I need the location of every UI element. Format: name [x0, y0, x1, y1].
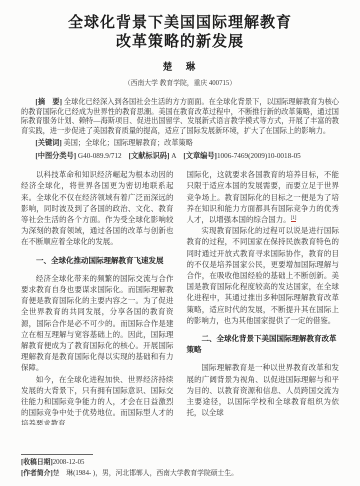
author-bio-line: [作者简介]楚 琳(1984- )，男，河北邯郸人，西南大学教育学院硕士生。 — [21, 469, 339, 480]
right-paragraph-1: 国际化，这就要求各国教育的培养目标，不能只限于适应本国的发展需要，而要立足于世界… — [187, 169, 340, 225]
footnote-block: [收稿日期]2008-12-05 [作者简介]楚 琳(1984- )，男，河北邯… — [21, 454, 339, 480]
paper-title-line1: 全球化背景下美国国际理解教育 — [21, 14, 339, 33]
clc-value: G40-089.9/712 — [78, 152, 122, 160]
article-id-label: [文章编号] — [183, 152, 217, 160]
author-bio-label: [作者简介] — [21, 470, 53, 477]
clc-label: [中图分类号] — [35, 152, 78, 160]
classification-line: [中图分类号] G40-089.9/712[文献标识码] A[文章编号]1006… — [21, 152, 339, 162]
left-paragraph-1: 以科技革命和知识经济崛起为根本动因的经济全球化，将世界各国更为密切地联系起来。全… — [21, 169, 174, 247]
paper-page: 全球化背景下美国国际理解教育 改革策略的新发展 楚 琳 （西南大学 教育学院，重… — [0, 0, 360, 486]
paper-title: 全球化背景下美国国际理解教育 改革策略的新发展 — [21, 14, 339, 52]
received-date-label: [收稿日期] — [21, 459, 53, 466]
paper-title-line2: 改革策略的新发展 — [21, 33, 339, 52]
abstract-text: 全球化已经深入到各国社会生活的方方面面。在全球化背景下，以国际理解教育为核心的教… — [21, 98, 339, 135]
article-id-value: 1006-7469(2009)10-0018-05 — [217, 152, 301, 160]
right-column: 国际化，这就要求各国教育的培养目标，不能只限于适应本国的发展需要，而要立足于世界… — [187, 169, 340, 425]
abstract: [摘 要] 全球化已经深入到各国社会生活的方方面面。在全球化背景下，以国际理解教… — [21, 98, 339, 137]
right-paragraph-3: 国际理解教育是一种以世界教育改革和发展的广阔背景为视角、以促进国际理解与和平为目… — [187, 362, 340, 418]
doc-code-label: [文献标识码] — [129, 152, 172, 160]
author-name: 楚 琳 — [21, 59, 339, 73]
doc-code-value: A — [171, 152, 176, 160]
left-paragraph-2: 经济全球化带来的频繁的国际交流与合作要求教育自身也要谋求国际化。而国际理解教育便… — [21, 273, 174, 374]
citation-ref-1: [1] — [291, 216, 297, 223]
author-affiliation: （西南大学 教育学院，重庆 400715） — [21, 77, 339, 87]
received-date-line: [收稿日期]2008-12-05 — [21, 458, 339, 469]
keywords-label: [关键词] — [35, 139, 63, 147]
front-matter: [摘 要] 全球化已经深入到各国社会生活的方方面面。在全球化背景下，以国际理解教… — [21, 98, 339, 161]
body-columns: 以科技革命和知识经济崛起为根本动因的经济全球化，将世界各国更为密切地联系起来。全… — [21, 169, 339, 425]
keywords: [关键词] 美国；全球化；国际理解教育；改革策略 — [21, 139, 339, 149]
section-heading-1: 一、全球化推动国际理解教育飞速发展 — [21, 255, 174, 266]
section-heading-2: 二、全球化背景下美国国际理解教育改革策略 — [187, 333, 340, 355]
left-paragraph-3: 如今，在全球化进程加快、世界经济持续发展的大背景下，只有拥有国际意识、国际交往能… — [21, 374, 174, 426]
author-bio-value: 楚 琳(1984- )，男，河北邯郸人，西南大学教育学院硕士生。 — [53, 470, 238, 477]
right-paragraph-2: 实现教育国际化的过程可以说是进行国际教育的过程，不同国家在保持民族教育特色的同时… — [187, 225, 340, 326]
left-column: 以科技革命和知识经济崛起为根本动因的经济全球化，将世界各国更为密切地联系起来。全… — [21, 169, 174, 425]
received-date-value: 2008-12-05 — [53, 459, 85, 466]
right-paragraph-1-text: 国际化，这就要求各国教育的培养目标，不能只限于适应本国的发展需要，而要立足于世界… — [187, 170, 340, 224]
keywords-text: 美国；全球化；国际理解教育；改革策略 — [64, 139, 193, 147]
footnote-divider — [21, 454, 93, 455]
abstract-label: [摘 要] — [35, 98, 63, 106]
